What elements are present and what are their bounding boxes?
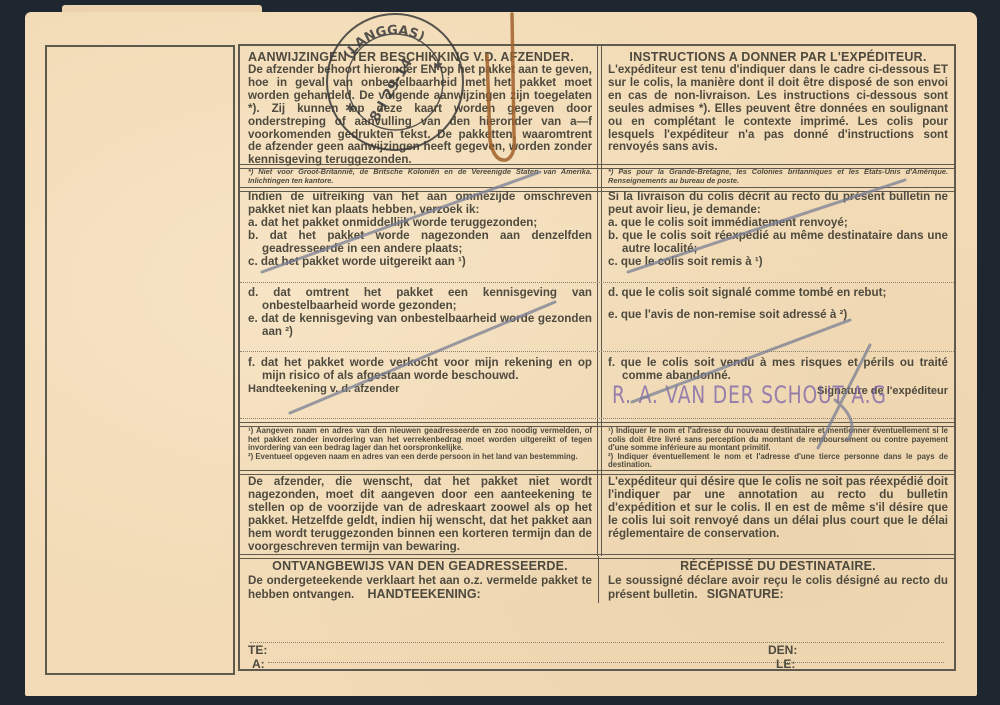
fr-footnote-1: ¹) Indiquer le nom et l'adresse du nouve…: [608, 427, 948, 453]
fr-date-label: LE:: [776, 657, 795, 671]
nl-place-label: TE:: [248, 643, 267, 657]
nl-receipt-title: ONTVANGBEWIJS VAN DEN GEADRESSEERDE.: [248, 559, 592, 573]
nl-date-label: A:: [252, 657, 265, 671]
nl-no-forward-note: De afzender, die wenscht, dat het pakket…: [248, 476, 592, 553]
nl-option-e[interactable]: e. dat de kennisgeving van onbestelbaarh…: [248, 313, 592, 339]
french-column: INSTRUCTIONS A DONNER PAR L'EXPÉDITEUR. …: [600, 46, 954, 669]
instructions-form: AANWIJZINGEN TER BESCHIKKING V.D. AFZEND…: [238, 44, 956, 671]
dutch-column: AANWIJZINGEN TER BESCHIKKING V.D. AFZEND…: [240, 46, 598, 669]
nl-request-intro: Indien de uitreiking van het aan ommezij…: [248, 191, 592, 217]
nl-option-f[interactable]: f. dat het pakket worde verkocht voor mi…: [248, 357, 592, 383]
nl-instructions-body: De afzender behoort hieronder EN op het …: [248, 64, 592, 167]
nl-receipt-signature-label: HANDTEEKENING:: [368, 587, 481, 601]
nl-footnote-1: ¹) Aangeven naam en adres van den nieuwe…: [248, 427, 592, 453]
nl-footnote-star: *) Niet voor Groot-Britannië, de Britsch…: [248, 168, 592, 185]
fr-option-f[interactable]: f. que le colis soit vendu à mes risques…: [608, 357, 948, 383]
column-divider-receipt: [598, 556, 599, 603]
fr-instructions-body: L'expéditeur est tenu d'indiquer dans le…: [608, 64, 948, 154]
fr-place-label: DEN:: [768, 643, 797, 657]
fr-option-c[interactable]: c. que le colis soit remis à ¹): [608, 256, 948, 269]
nl-instructions-title: AANWIJZINGEN TER BESCHIKKING V.D. AFZEND…: [248, 50, 592, 64]
blank-left-panel: [45, 45, 235, 675]
fr-no-forward-note: L'expéditeur qui désire que le colis ne …: [608, 476, 948, 541]
fr-option-b[interactable]: b. que le colis soit réexpédié au même d…: [608, 230, 948, 256]
nl-option-c[interactable]: c. dat het pakket worde uitgereikt aan ¹…: [248, 256, 592, 269]
nl-option-d[interactable]: d. dat omtrent het pakket een kennisgevi…: [248, 287, 592, 313]
fr-receipt-signature-label: SIGNATURE:: [707, 587, 784, 601]
nl-sender-signature-label: Handteekening v. d. afzender: [248, 383, 592, 395]
fr-option-d[interactable]: d. que le colis soit signalé comme tombé…: [608, 287, 948, 300]
fr-option-e[interactable]: e. que l'avis de non-remise soit adressé…: [608, 309, 948, 322]
fr-footnote-star: *) Pas pour la Grande-Bretagne, les Colo…: [608, 168, 948, 185]
nl-option-b[interactable]: b. dat het pakket worde nagezonden aan d…: [248, 230, 592, 256]
fr-instructions-title: INSTRUCTIONS A DONNER PAR L'EXPÉDITEUR.: [608, 50, 948, 64]
fr-option-a[interactable]: a. que le colis soit immédiatement renvo…: [608, 217, 948, 230]
sender-handstamp: R. A. VAN DER SCHOUT A.G: [612, 381, 887, 409]
fr-receipt-title: RÉCÉPISSÉ DU DESTINATAIRE.: [608, 559, 948, 573]
nl-option-a[interactable]: a. dat het pakket onmiddellijk worde ter…: [248, 217, 592, 230]
fr-request-intro: Si la livraison du colis décrit au recto…: [608, 191, 948, 217]
nl-footnote-2: ²) Eventueel opgeven naam en adres van e…: [248, 453, 592, 462]
fr-footnote-2: ²) Indiquer éventuellement le nom et l'a…: [608, 453, 948, 470]
